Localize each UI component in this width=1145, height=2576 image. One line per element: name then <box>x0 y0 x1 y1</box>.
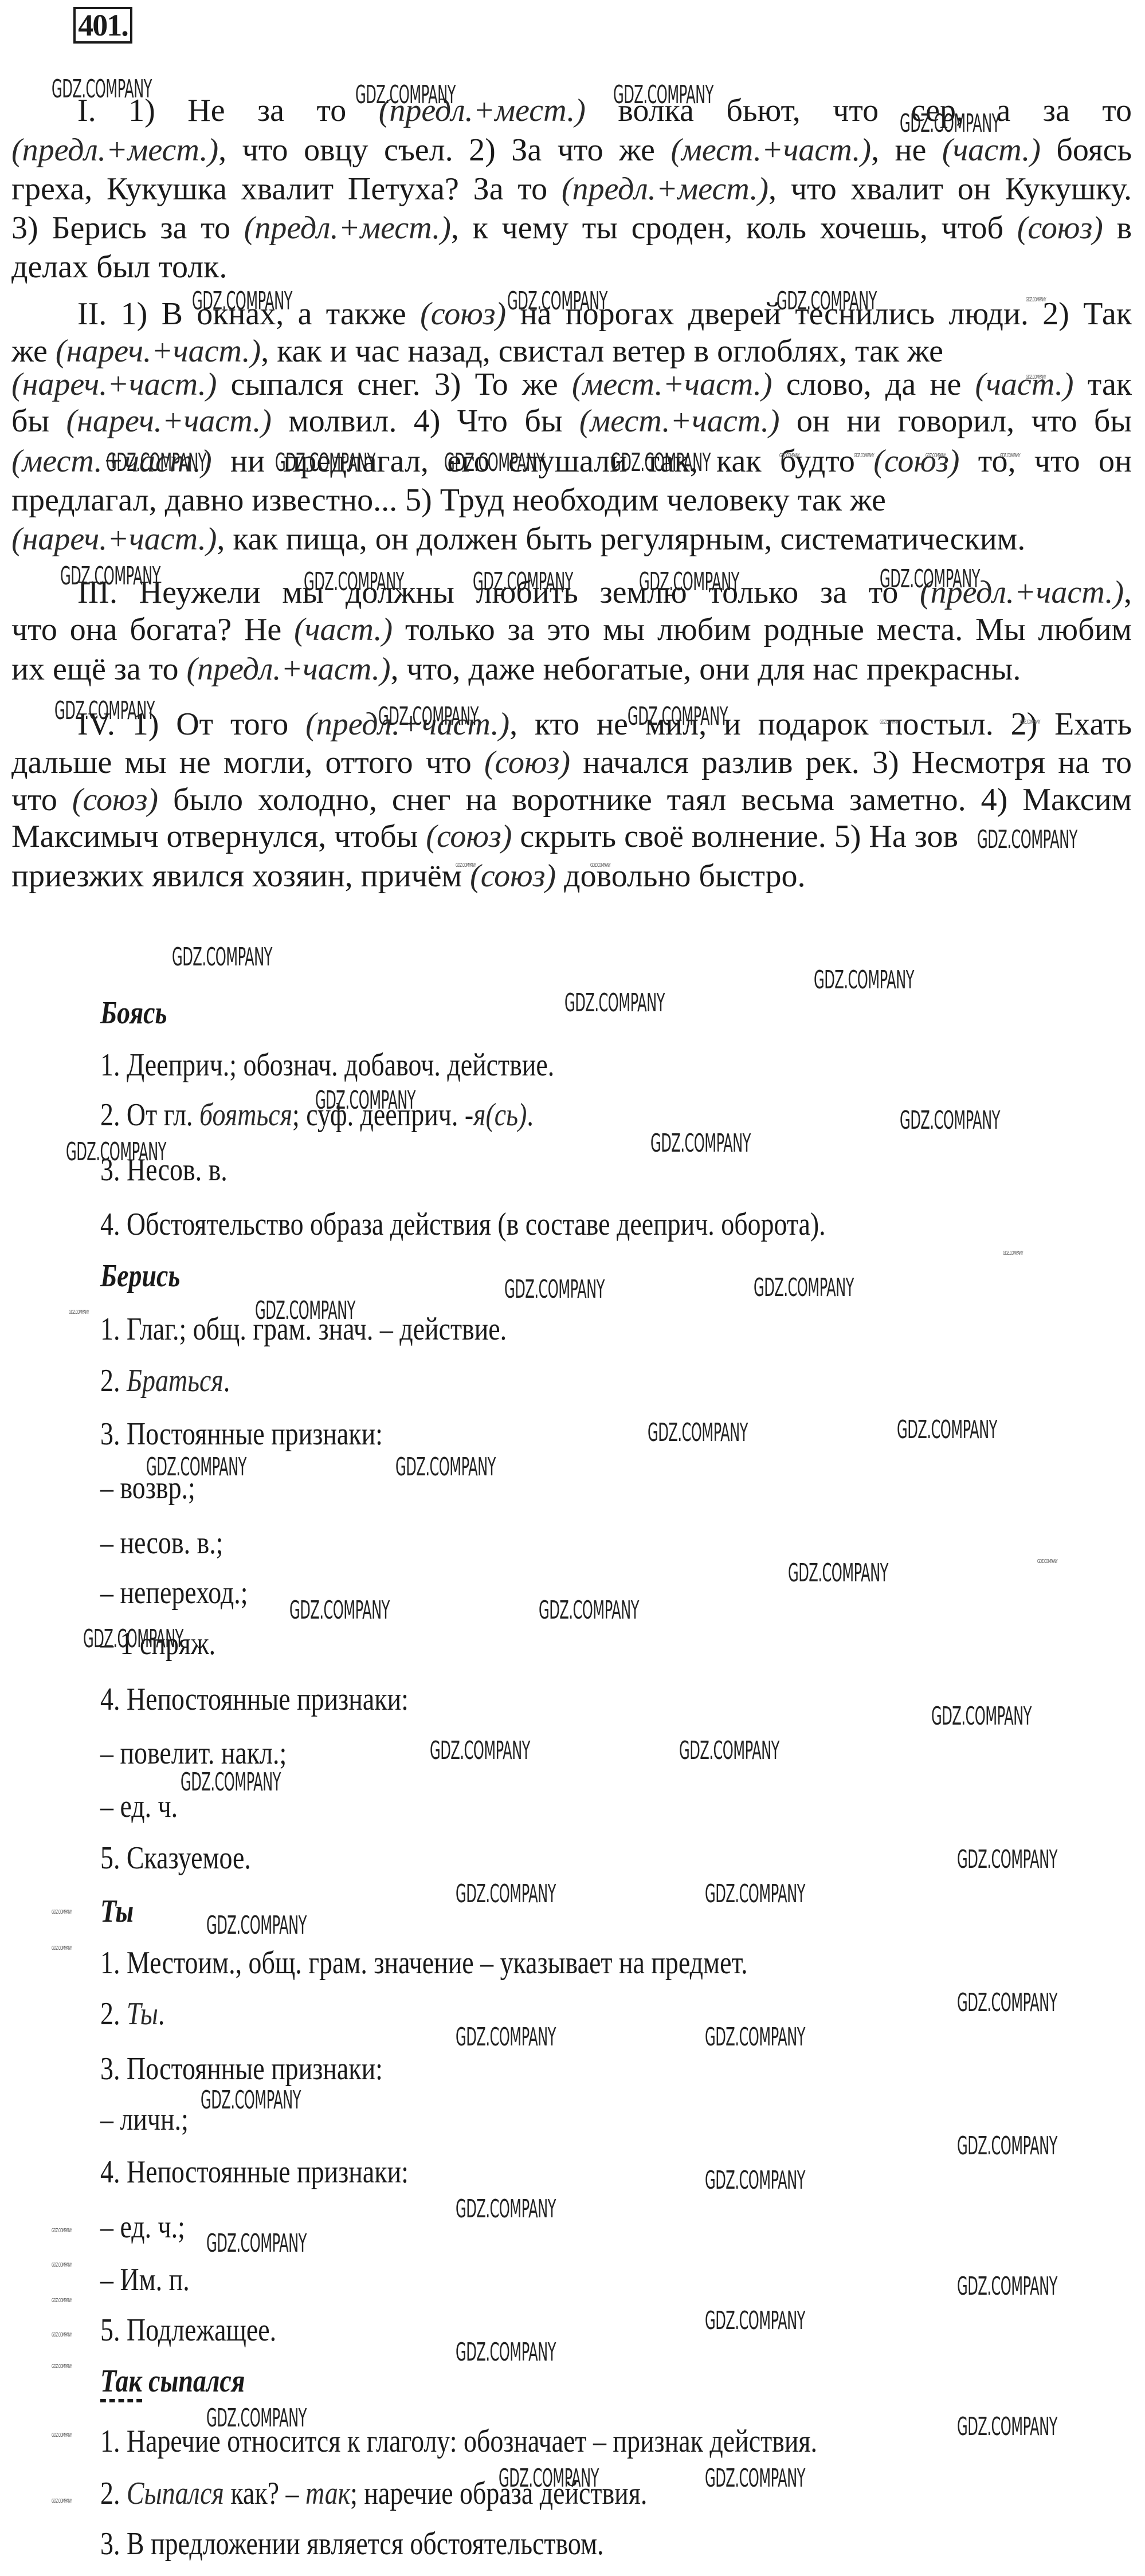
text-segment: 1. Дееприч.; обознач. добавоч. действие. <box>100 1047 554 1083</box>
text-line: Максимыч отвернулся, чтобы (союз) скрыть… <box>11 820 1132 853</box>
watermark-text: GDZ.COMPANY <box>181 1768 281 1797</box>
text-segment: , как пища, он должен быть регулярным, с… <box>217 521 1025 557</box>
grammar-annotation: бояться <box>199 1097 292 1133</box>
analysis-item: – ед. ч.; <box>100 2211 185 2243</box>
watermark-text: GDZ.COMPANY <box>650 1129 751 1158</box>
grammar-annotation: (нареч.+част.) <box>11 521 217 557</box>
grammar-annotation: (союз) <box>484 745 570 780</box>
watermark-text: GDZ.COMPANY <box>504 1275 605 1304</box>
watermark-text: GDZ.COMPANY <box>705 2464 805 2493</box>
text-segment: боясь <box>1041 132 1132 168</box>
analysis-word-heading: Ты <box>100 1895 134 1927</box>
text-segment: , что, даже небогатые, они для нас прекр… <box>391 651 1021 687</box>
watermark-text: GDZ.COMPANY <box>564 988 665 1018</box>
watermark-text: GDZ.COMPANY <box>539 1596 639 1625</box>
watermark-text: GDZ.COMPANY <box>610 448 711 477</box>
text-segment: 5. Сказуемое. <box>100 1840 251 1876</box>
text-segment: только за это мы любим родные места. Мы … <box>393 612 1132 647</box>
text-line: приезжих явился хозяин, причём (союз) до… <box>11 860 1132 892</box>
text-segment: – личн.; <box>100 2102 189 2137</box>
text-line: греха, Кукушка хвалит Петуха? За то (пре… <box>11 173 1132 205</box>
watermark-text: GDZ.COMPANY <box>639 567 739 596</box>
text-segment: , что овцу съел. 2) За что же <box>218 132 670 168</box>
watermark-text: GDZ.COMPANY <box>456 2023 556 2052</box>
analysis-word-heading: Берись <box>100 1260 180 1292</box>
watermark-text: GDZ.COMPANY <box>52 2432 72 2438</box>
text-segment: слово, да не <box>773 367 975 402</box>
text-line: делах был толк. <box>11 251 1132 283</box>
text-line: 3) Берись за то (предл.+мест.), к чему т… <box>11 212 1132 244</box>
watermark-text: GDZ.COMPANY <box>52 74 152 104</box>
analysis-item: 2. Браться. <box>100 1365 230 1397</box>
watermark-text: GDZ.COMPANY <box>430 1736 530 1765</box>
text-line: IV. 1) От того (предл.+част.), кто не ми… <box>77 708 1132 740</box>
text-segment: в <box>1103 210 1132 246</box>
text-segment: бы <box>11 403 66 439</box>
watermark-text: GDZ.COMPANY <box>931 1702 1032 1731</box>
analysis-item: 3. Постоянные признаки: <box>100 1418 383 1450</box>
text-segment: – ед. ч.; <box>100 2209 185 2245</box>
grammar-annotation: (част.) <box>294 612 393 647</box>
text-segment: то, что он <box>959 443 1132 479</box>
watermark-text: GDZ.COMPANY <box>83 1624 183 1654</box>
watermark-text: GDZ.COMPANY <box>957 1845 1057 1874</box>
text-line: дальше мы не могли, оттого что (союз) на… <box>11 747 1132 779</box>
text-segment: 2. <box>100 1996 127 2032</box>
grammar-annotation: (союз) <box>1017 210 1103 246</box>
text-segment: начался разлив рек. 3) Несмотря на то <box>570 745 1132 780</box>
watermark-text: GDZ.COMPANY <box>854 453 874 459</box>
text-segment: 2. <box>100 1363 127 1399</box>
grammar-annotation: (нареч.+част.) <box>11 367 217 402</box>
grammar-annotation: (союз) <box>420 296 506 332</box>
grammar-annotation: (нареч.+част.) <box>56 333 261 369</box>
text-segment: – Им. п. <box>100 2262 190 2298</box>
underlined-word: Так <box>100 2363 142 2402</box>
text-segment: дальше мы не могли, оттого что <box>11 745 484 780</box>
watermark-text: GDZ.COMPANY <box>275 448 375 477</box>
analysis-word-heading: Боясь <box>100 997 167 1029</box>
text-segment: . <box>158 1996 164 2032</box>
watermark-text: GDZ.COMPANY <box>52 1945 72 1951</box>
analysis-item: – несов. в.; <box>100 1527 223 1559</box>
watermark-text: GDZ.COMPANY <box>66 1137 166 1167</box>
analysis-item: 4. Обстоятельство образа действия (в сос… <box>100 1208 826 1240</box>
text-segment: как? – <box>224 2476 305 2511</box>
grammar-annotation: (союз) <box>470 858 556 894</box>
watermark-text: GDZ.COMPANY <box>206 2229 307 2258</box>
watermark-text: GDZ.COMPANY <box>206 2404 307 2433</box>
text-segment: . <box>223 1363 230 1399</box>
watermark-text: GDZ.COMPANY <box>456 2194 556 2224</box>
text-segment: 3) Берись за то <box>11 210 244 246</box>
grammar-annotation: Ты <box>127 1996 158 2032</box>
text-segment: приезжих явился хозяин, причём <box>11 858 470 894</box>
text-segment: их ещё за то <box>11 651 187 687</box>
heading-rest: сыпался <box>142 2363 245 2399</box>
text-segment: 3. В предложении является обстоятельство… <box>100 2526 603 2562</box>
watermark-text: GDZ.COMPANY <box>679 1736 779 1765</box>
analysis-item: – повелит. накл.; <box>100 1737 287 1769</box>
text-segment: скрыть своё волнение. 5) На зов <box>512 819 958 854</box>
watermark-text: GDZ.COMPANY <box>355 80 456 109</box>
grammar-annotation: (предл.+мест.) <box>562 171 768 207</box>
text-segment: , что хвалит он Кукушку. <box>768 171 1132 207</box>
text-segment: – повелит. накл.; <box>100 1735 287 1771</box>
watermark-text: GDZ.COMPANY <box>54 696 155 725</box>
grammar-annotation: (предл.+мест.) <box>244 210 451 246</box>
watermark-text: GDZ.COMPANY <box>172 943 272 972</box>
text-segment: 3. Постоянные признаки: <box>100 1416 383 1452</box>
grammar-annotation: (предл.+мест.) <box>11 132 218 168</box>
watermark-text: GDZ.COMPANY <box>957 1988 1057 2017</box>
watermark-text: GDZ.COMPANY <box>957 2131 1057 2161</box>
grammar-annotation: Браться <box>127 1363 223 1399</box>
watermark-text: GDZ.COMPANY <box>1020 719 1040 725</box>
watermark-text: GDZ.COMPANY <box>456 2338 556 2367</box>
analysis-word-heading: Так сыпался <box>100 2365 245 2397</box>
text-segment: . <box>527 1097 533 1133</box>
analysis-item: 2. Ты. <box>100 1998 164 2030</box>
text-line: их ещё за то (предл.+част.), что, даже н… <box>11 653 1132 685</box>
text-segment: – несов. в.; <box>100 1525 223 1561</box>
text-segment: , <box>1124 575 1132 610</box>
watermark-text: GDZ.COMPANY <box>705 2166 805 2195</box>
text-segment: сыпался снег. 3) То же <box>217 367 572 402</box>
analysis-item: 5. Сказуемое. <box>100 1842 251 1874</box>
text-segment: 1. Местоим., общ. грам. значение – указы… <box>100 1945 748 1981</box>
analysis-item: – ед. ч. <box>100 1790 178 1823</box>
watermark-text: GDZ.COMPANY <box>613 80 713 109</box>
text-segment: 4. Обстоятельство образа действия (в сос… <box>100 1207 826 1242</box>
watermark-text: GDZ.COMPANY <box>206 1911 307 1940</box>
text-line: (предл.+мест.), что овцу съел. 2) За что… <box>11 134 1132 166</box>
text-segment: 2. От гл. <box>100 1097 199 1133</box>
watermark-text: GDZ.COMPANY <box>444 448 544 477</box>
watermark-text: GDZ.COMPANY <box>590 862 610 869</box>
analysis-item: 4. Непостоянные признаки: <box>100 1683 409 1715</box>
grammar-annotation: (мест.+част.) <box>670 132 871 168</box>
exercise-number-label: 401. <box>78 7 128 43</box>
grammar-annotation: так <box>305 2476 350 2511</box>
watermark-text: GDZ.COMPANY <box>957 2412 1057 2441</box>
watermark-text: GDZ.COMPANY <box>705 2306 805 2335</box>
watermark-text: GDZ.COMPANY <box>315 1086 415 1115</box>
analysis-item: – непереход.; <box>100 1577 248 1609</box>
grammar-annotation: (мест.+част.) <box>572 367 773 402</box>
watermark-text: GDZ.COMPANY <box>378 702 479 731</box>
text-segment: так <box>1074 367 1132 402</box>
watermark-text: GDZ.COMPANY <box>705 1879 805 1909</box>
text-segment: Максимыч отвернулся, чтобы <box>11 819 426 854</box>
grammar-annotation: (союз) <box>72 782 158 818</box>
watermark-text: GDZ.COMPANY <box>52 2262 72 2268</box>
text-segment: 4. Непостоянные признаки: <box>100 1682 409 1717</box>
watermark-text: GDZ.COMPANY <box>201 2086 301 2115</box>
text-segment: 4. Непостоянные признаки: <box>100 2154 409 2190</box>
watermark-text: GDZ.COMPANY <box>499 2464 599 2493</box>
text-line: же (нареч.+част.), как и час назад, свис… <box>11 335 1132 367</box>
watermark-text: GDZ.COMPANY <box>255 1296 355 1325</box>
watermark-text: GDZ.COMPANY <box>754 1273 854 1302</box>
watermark-text: GDZ.COMPANY <box>1000 453 1020 459</box>
watermark-text: GDZ.COMPANY <box>106 448 206 477</box>
watermark-text: GDZ.COMPANY <box>192 286 292 316</box>
watermark-text: GDZ.COMPANY <box>507 286 607 316</box>
text-line: предлагал, давно известно... 5) Труд нео… <box>11 484 1132 516</box>
text-line: что (союз) было холодно, снег на воротни… <box>11 784 1132 816</box>
text-line: что она богата? Не (част.) только за это… <box>11 614 1132 646</box>
text-segment: 3. Постоянные признаки: <box>100 2051 383 2087</box>
text-segment: что <box>11 782 72 818</box>
analysis-item: 4. Непостоянные признаки: <box>100 2156 409 2188</box>
watermark-text: GDZ.COMPANY <box>289 1596 390 1625</box>
grammar-annotation: я(сь) <box>473 1097 527 1133</box>
text-segment: было холодно, снег на воротнике таял вес… <box>158 782 1132 818</box>
watermark-text: GDZ.COMPANY <box>52 2363 72 2370</box>
watermark-text: GDZ.COMPANY <box>957 2272 1057 2301</box>
grammar-annotation: (част.) <box>975 367 1074 402</box>
grammar-annotation: (мест.+част.) <box>579 403 780 439</box>
watermark-text: GDZ.COMPANY <box>900 109 1000 138</box>
grammar-annotation: (союз) <box>873 443 959 479</box>
analysis-item: 5. Подлежащее. <box>100 2314 276 2346</box>
watermark-text: GDZ.COMPANY <box>1003 1250 1023 1256</box>
text-segment: что она богата? Не <box>11 612 294 647</box>
analysis-item: – Им. п. <box>100 2264 190 2296</box>
watermark-text: GDZ.COMPANY <box>1026 374 1046 380</box>
watermark-text: GDZ.COMPANY <box>880 719 900 725</box>
watermark-text: GDZ.COMPANY <box>304 567 404 596</box>
watermark-text: GDZ.COMPANY <box>977 825 1077 854</box>
watermark-text: GDZ.COMPANY <box>473 567 573 596</box>
watermark-text: GDZ.COMPANY <box>52 2498 72 2504</box>
text-segment: 5. Подлежащее. <box>100 2312 276 2348</box>
analysis-item: 3. Постоянные признаки: <box>100 2053 383 2085</box>
text-segment: , как и час назад, свистал ветер в оглоб… <box>261 333 943 369</box>
analysis-item: 1. Местоим., общ. грам. значение – указы… <box>100 1947 748 1979</box>
watermark-text: GDZ.COMPANY <box>777 286 877 316</box>
text-segment: 2. <box>100 2476 127 2511</box>
watermark-text: GDZ.COMPANY <box>1026 297 1046 303</box>
watermark-text: GDZ.COMPANY <box>456 1879 556 1909</box>
text-segment: – ед. ч. <box>100 1789 178 1824</box>
watermark-text: GDZ.COMPANY <box>395 1452 496 1482</box>
watermark-text: GDZ.COMPANY <box>1037 1558 1057 1565</box>
grammar-annotation: (предл.+част.) <box>187 651 391 687</box>
exercise-number: 401. <box>73 7 132 44</box>
watermark-text: GDZ.COMPANY <box>779 453 799 459</box>
text-segment: он ни говорил, что бы <box>780 403 1132 439</box>
watermark-text: GDZ.COMPANY <box>788 1558 888 1588</box>
watermark-text: GDZ.COMPANY <box>146 1452 246 1482</box>
text-segment: греха, Кукушка хвалит Петуха? За то <box>11 171 562 207</box>
text-segment: молвил. 4) Что бы <box>272 403 579 439</box>
watermark-text: GDZ.COMPANY <box>814 965 914 995</box>
text-line: (нареч.+част.) сыпался снег. 3) То же (м… <box>11 368 1132 400</box>
watermark-text: GDZ.COMPANY <box>69 1309 89 1316</box>
watermark-text: GDZ.COMPANY <box>52 1909 72 1915</box>
watermark-text: GDZ.COMPANY <box>60 561 160 591</box>
watermark-text: GDZ.COMPANY <box>52 2228 72 2234</box>
text-line: (нареч.+част.), как пища, он должен быть… <box>11 523 1132 555</box>
text-line: бы (нареч.+част.) молвил. 4) Что бы (мес… <box>11 405 1132 437</box>
watermark-text: GDZ.COMPANY <box>900 1106 1000 1135</box>
watermark-text: GDZ.COMPANY <box>926 453 946 459</box>
watermark-text: GDZ.COMPANY <box>52 2332 72 2338</box>
grammar-annotation: (союз) <box>426 819 512 854</box>
watermark-text: GDZ.COMPANY <box>880 564 980 594</box>
watermark-text: GDZ.COMPANY <box>897 1415 997 1444</box>
text-segment: – непереход.; <box>100 1575 248 1611</box>
grammar-annotation: Сыпался <box>127 2476 224 2511</box>
watermark-text: GDZ.COMPANY <box>648 1418 748 1447</box>
watermark-text: GDZ.COMPANY <box>705 2023 805 2052</box>
grammar-annotation: (нареч.+част.) <box>66 403 272 439</box>
text-segment: делах был толк. <box>11 249 227 285</box>
text-segment: же <box>11 333 56 369</box>
watermark-text: GDZ.COMPANY <box>628 702 728 731</box>
text-segment: , к чему ты сроден, коль хочешь, чтоб <box>451 210 1017 246</box>
watermark-text: GDZ.COMPANY <box>456 862 476 869</box>
analysis-item: 1. Дееприч.; обознач. добавоч. действие. <box>100 1049 554 1081</box>
analysis-item: 3. В предложении является обстоятельство… <box>100 2528 603 2560</box>
analysis-item: – личн.; <box>100 2103 189 2135</box>
watermark-text: GDZ.COMPANY <box>52 2298 72 2304</box>
text-segment: предлагал, давно известно... 5) Труд нео… <box>11 482 886 518</box>
